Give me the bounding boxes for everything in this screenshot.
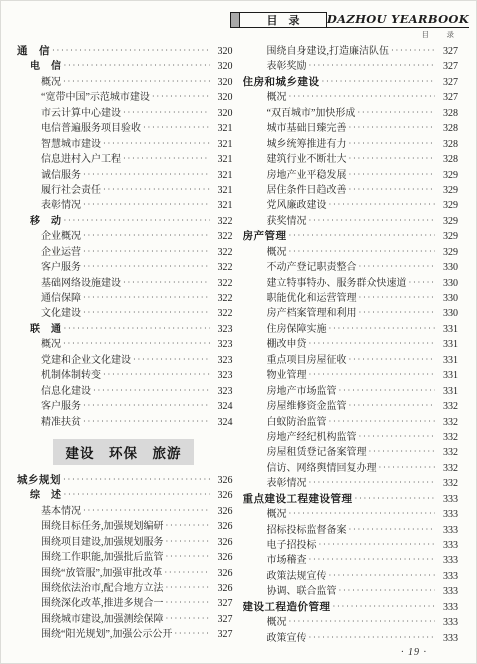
toc-entry-page: 326: [212, 581, 233, 596]
toc-entry-label: 文化建设: [41, 306, 81, 321]
toc-entry-page: 328: [437, 106, 458, 121]
toc-entry-page: 331: [437, 384, 458, 399]
toc-entry-page: 328: [437, 121, 458, 136]
toc-entry-page: 321: [212, 168, 233, 183]
toc-entry-label: 围绕工作职能,加强批后监管: [41, 550, 164, 565]
dot-leader: [164, 565, 209, 580]
dot-leader: [103, 136, 210, 151]
toc-entry-label: 建立特事特办、服务群众快速道: [267, 276, 407, 291]
toc-entry-page: 322: [212, 229, 233, 244]
dot-leader: [355, 491, 436, 506]
toc-entry-label: 诚信服务: [41, 168, 81, 183]
toc-entry[interactable]: 市云计算中心建设320: [17, 106, 233, 121]
toc-entry[interactable]: 客户服务324: [17, 399, 233, 414]
toc-entry-page: 332: [437, 430, 458, 445]
dot-leader: [143, 120, 210, 135]
dot-leader: [391, 43, 435, 58]
dot-leader: [83, 197, 210, 212]
toc-entry-label: 城市基础日臻完善: [267, 121, 347, 136]
toc-entry-page: 323: [212, 353, 233, 368]
toc-entry-label: 精准扶贫: [41, 415, 81, 430]
toc-entry[interactable]: 基本情况326: [17, 504, 233, 519]
toc-entry[interactable]: 城市基础日臻完善328: [243, 121, 459, 136]
dot-leader: [333, 599, 436, 614]
dot-leader: [309, 475, 436, 490]
toc-entry[interactable]: 党风廉政建设329: [243, 198, 459, 213]
running-head: 目 录: [422, 29, 460, 40]
toc-entry[interactable]: 职能优化和运营管理330: [243, 291, 459, 306]
toc-entry[interactable]: 围绕深化改革,推进多规合一327: [17, 596, 233, 611]
dot-leader: [83, 305, 210, 320]
toc-tab-label: 目 录: [267, 12, 300, 28]
toc-entry[interactable]: 招标投标监督备案333: [243, 523, 459, 538]
dot-leader: [349, 120, 436, 135]
dot-leader: [309, 336, 436, 351]
toc-entry[interactable]: “宽带中国”示范城市建设320: [17, 90, 233, 105]
toc-tab: 目 录: [240, 12, 327, 27]
toc-entry-label: 白蚁防治监管: [267, 415, 327, 430]
toc-entry[interactable]: 概况327: [243, 90, 459, 105]
toc-entry[interactable]: 围绕项目建设,加强规划服务326: [17, 535, 233, 550]
toc-entry[interactable]: 机制体制转变323: [17, 368, 233, 383]
toc-entry-label: 围绕依法治市,配合地方立法: [41, 581, 164, 596]
toc-entry-page: 326: [212, 519, 233, 534]
toc-entry-label: 围绕深化改革,推进多规合一: [41, 596, 164, 611]
toc-entry-page: 333: [437, 600, 458, 615]
toc-entry[interactable]: 电子招投标333: [243, 538, 459, 553]
toc-entry[interactable]: 重点建设工程建设管理333: [243, 492, 459, 507]
dot-leader: [322, 74, 436, 89]
toc-entry[interactable]: 文化建设322: [17, 306, 233, 321]
toc-entry[interactable]: 房屋维修资金监管332: [243, 399, 459, 414]
toc-entry-page: 326: [212, 504, 233, 519]
toc-entry-page: 326: [212, 473, 233, 488]
toc-entry-page: 321: [212, 152, 233, 167]
dot-leader: [309, 213, 436, 228]
toc-entry-label: 城乡统筹推进有力: [267, 137, 347, 152]
toc-entry-page: 320: [212, 59, 233, 74]
toc-entry-page: 329: [437, 229, 458, 244]
toc-entry-label: “双百城市”加快形成: [267, 106, 356, 121]
toc-entry-label: 履行社会责任: [41, 183, 101, 198]
toc-entry-label: 房地产市场监管: [267, 384, 337, 399]
dot-leader: [83, 290, 210, 305]
toc-entry-label: 围绕城市建设,加强测绘保障: [41, 612, 164, 627]
toc-entry-label: 建筑行业不断壮大: [267, 152, 347, 167]
dot-leader: [103, 367, 210, 382]
toc-body: 通 信320电 信320概况320“宽带中国”示范城市建设320市云计算中心建设…: [17, 44, 458, 646]
toc-entry-label: 围绕项目建设,加强规划服务: [41, 535, 164, 550]
dot-leader: [52, 43, 210, 58]
toc-entry-page: 321: [212, 137, 233, 152]
toc-entry-page: 333: [437, 631, 458, 646]
toc-entry-page: 321: [212, 183, 233, 198]
dot-leader: [83, 398, 210, 413]
toc-entry-page: 324: [212, 415, 233, 430]
toc-entry-label: 客户服务: [41, 260, 81, 275]
toc-entry-page: 322: [212, 260, 233, 275]
dot-leader: [166, 580, 210, 595]
toc-entry-page: 320: [212, 44, 233, 59]
dot-leader: [349, 167, 436, 182]
dot-leader: [166, 595, 210, 610]
yearbook-brand: DAZHOU YEARBOOK: [327, 12, 469, 27]
dot-leader: [123, 105, 210, 120]
toc-entry-page: 320: [212, 75, 233, 90]
dot-leader: [63, 472, 210, 487]
toc-entry-label: 房产档案管理和利用: [267, 306, 357, 321]
toc-entry-page: 322: [212, 276, 233, 291]
toc-entry[interactable]: 电 信320: [17, 59, 233, 74]
toc-entry-label: 概况: [41, 75, 61, 90]
toc-entry-page: 327: [437, 59, 458, 74]
toc-entry-label: 表彰情况: [41, 198, 81, 213]
toc-entry-page: 330: [437, 276, 458, 291]
dot-leader: [83, 244, 210, 259]
dot-leader: [93, 383, 210, 398]
toc-entry-page: 322: [212, 214, 233, 229]
toc-entry[interactable]: 通 信320: [17, 44, 233, 59]
toc-entry[interactable]: 政策宣传333: [243, 631, 459, 646]
toc-entry[interactable]: 围绕目标任务,加强规划编研326: [17, 519, 233, 534]
toc-entry[interactable]: “双百城市”加快形成328: [243, 106, 459, 121]
dot-leader: [349, 136, 436, 151]
toc-entry-page: 332: [437, 445, 458, 460]
dot-leader: [349, 522, 436, 537]
toc-entry[interactable]: 围绕自身建设,打造廉洁队伍327: [243, 44, 459, 59]
toc-entry-page: 329: [437, 245, 458, 260]
toc-entry-page: 329: [437, 183, 458, 198]
toc-entry-label: 党风廉政建设: [267, 198, 327, 213]
dot-leader: [309, 367, 436, 382]
dot-leader: [289, 614, 436, 629]
toc-entry-page: 327: [437, 75, 458, 90]
toc-entry[interactable]: 概况323: [17, 337, 233, 352]
toc-entry[interactable]: 协调、联合监管333: [243, 584, 459, 599]
toc-entry-label: 电 信: [30, 59, 62, 74]
dot-leader: [359, 290, 436, 305]
toc-entry-label: 党建和企业文化建设: [41, 353, 131, 368]
dot-leader: [166, 518, 210, 533]
toc-entry-label: 房地产业平稳发展: [267, 168, 347, 183]
toc-entry[interactable]: 政策法规宣传333: [243, 569, 459, 584]
toc-entry-page: 329: [437, 168, 458, 183]
dot-leader: [329, 568, 436, 583]
toc-entry-label: 客户服务: [41, 399, 81, 414]
toc-entry-label: 房屋维修资金监管: [267, 399, 347, 414]
toc-entry[interactable]: 棚改申贷331: [243, 337, 459, 352]
toc-entry[interactable]: 建立特事特办、服务群众快速道330: [243, 276, 459, 291]
toc-entry[interactable]: 概况333: [243, 615, 459, 630]
toc-entry-page: 326: [212, 566, 233, 581]
dot-leader: [64, 58, 210, 73]
toc-page: 目 录 DAZHOU YEARBOOK 目 录 通 信320电 信320概况32…: [0, 0, 477, 664]
toc-entry-page: 322: [212, 291, 233, 306]
toc-entry-label: 围绕目标任务,加强规划编研: [41, 519, 164, 534]
toc-entry-label: 基础网络设施建设: [41, 276, 121, 291]
toc-entry[interactable]: 基础网络设施建设322: [17, 276, 233, 291]
toc-entry[interactable]: 移 动322: [17, 214, 233, 229]
toc-entry-label: 重点建设工程建设管理: [243, 492, 353, 507]
toc-entry-page: 321: [212, 198, 233, 213]
toc-entry[interactable]: 城乡统筹推进有力328: [243, 137, 459, 152]
toc-entry-page: 323: [212, 337, 233, 352]
toc-entry-label: 政策法规宣传: [267, 569, 327, 584]
dot-leader: [174, 626, 209, 641]
dot-leader: [152, 89, 210, 104]
toc-entry-page: 326: [212, 550, 233, 565]
toc-entry-page: 320: [212, 106, 233, 121]
toc-entry-label: 市云计算中心建设: [41, 106, 121, 121]
dot-leader: [83, 228, 210, 243]
dot-leader: [64, 213, 210, 228]
dot-leader: [339, 383, 436, 398]
toc-entry[interactable]: 概况333: [243, 507, 459, 522]
toc-entry-page: 333: [437, 538, 458, 553]
toc-entry-label: 市场稽查: [267, 553, 307, 568]
toc-entry-label: 智慧城市建设: [41, 137, 101, 152]
dot-leader: [349, 352, 436, 367]
toc-entry[interactable]: 住房和城乡建设327: [243, 75, 459, 90]
dot-leader: [309, 58, 436, 73]
toc-entry-label: 协调、联合监管: [267, 584, 337, 599]
toc-entry-label: 城乡规划: [17, 473, 61, 488]
toc-entry[interactable]: 房产管理329: [243, 229, 459, 244]
toc-entry-label: 机制体制转变: [41, 368, 101, 383]
toc-entry-label: 招标投标监督备案: [267, 523, 347, 538]
dot-leader: [349, 182, 436, 197]
toc-entry[interactable]: 获奖情况329: [243, 214, 459, 229]
section-divider: 建设 环保 旅游: [53, 439, 194, 465]
toc-entry[interactable]: 表彰奖励327: [243, 59, 459, 74]
dot-leader: [329, 197, 436, 212]
toc-entry-label: 通 信: [17, 44, 50, 59]
toc-entry-page: 322: [212, 245, 233, 260]
dot-leader: [309, 630, 436, 645]
toc-entry-label: 房屋租赁登记备案管理: [267, 445, 367, 460]
dot-leader: [409, 275, 436, 290]
toc-entry-label: 职能优化和运营管理: [267, 291, 357, 306]
header-tab-marker-icon: [230, 12, 240, 27]
toc-entry[interactable]: 概况320: [17, 75, 233, 90]
toc-entry-label: 移 动: [30, 214, 62, 229]
toc-entry-label: 重点项目房屋征收: [267, 353, 347, 368]
toc-entry[interactable]: 综 述326: [17, 488, 233, 503]
toc-entry[interactable]: 履行社会责任321: [17, 183, 233, 198]
toc-entry[interactable]: 城乡规划326: [17, 473, 233, 488]
toc-entry-label: 获奖情况: [267, 214, 307, 229]
toc-entry-label: 企业运营: [41, 245, 81, 260]
toc-entry-page: 327: [437, 90, 458, 105]
toc-entry-page: 322: [212, 306, 233, 321]
dot-leader: [339, 583, 436, 598]
dot-leader: [63, 336, 210, 351]
toc-entry-page: 323: [212, 384, 233, 399]
dot-leader: [309, 552, 436, 567]
page-header: 目 录 DAZHOU YEARBOOK: [230, 12, 469, 28]
toc-entry-page: 323: [212, 368, 233, 383]
toc-entry-page: 333: [437, 523, 458, 538]
toc-entry[interactable]: 联 通323: [17, 322, 233, 337]
toc-entry-page: 329: [437, 198, 458, 213]
toc-entry[interactable]: 房地产业平稳发展329: [243, 168, 459, 183]
toc-entry[interactable]: 居住条件日趋改善329: [243, 183, 459, 198]
toc-entry-label: 概况: [267, 245, 287, 260]
toc-entry-label: 概况: [41, 337, 61, 352]
dot-leader: [64, 487, 210, 502]
toc-entry-label: 信访、网络舆情回复办理: [267, 461, 377, 476]
toc-entry[interactable]: 通信保障322: [17, 291, 233, 306]
toc-column-right: 围绕自身建设,打造廉洁队伍327表彰奖励327住房和城乡建设327概况327“双…: [243, 44, 459, 646]
toc-entry-page: 333: [437, 584, 458, 599]
toc-entry-page: 330: [437, 260, 458, 275]
toc-entry-page: 328: [437, 137, 458, 152]
toc-entry-page: 332: [437, 399, 458, 414]
dot-leader: [349, 151, 436, 166]
dot-leader: [166, 534, 210, 549]
toc-entry-label: 信息化建设: [41, 384, 91, 399]
toc-entry-page: 328: [437, 152, 458, 167]
toc-entry-page: 326: [212, 488, 233, 503]
toc-entry[interactable]: 客户服务322: [17, 260, 233, 275]
toc-entry-label: 概况: [267, 507, 287, 522]
toc-entry-label: 房地产经纪机构监管: [267, 430, 357, 445]
toc-entry-label: 概况: [267, 90, 287, 105]
toc-entry[interactable]: 电信普遍服务项目验收321: [17, 121, 233, 136]
toc-entry-label: 住房保障实施: [267, 322, 327, 337]
toc-entry[interactable]: 表彰情况321: [17, 198, 233, 213]
dot-leader: [63, 74, 210, 89]
toc-entry-label: 政策宣传: [267, 631, 307, 646]
toc-entry[interactable]: 信息进村入户工程321: [17, 152, 233, 167]
toc-entry-label: 围绕“放管服”,加强审批改革: [41, 566, 162, 581]
toc-entry[interactable]: 房屋租赁登记备案管理332: [243, 445, 459, 460]
toc-entry[interactable]: 企业运营322: [17, 245, 233, 260]
toc-entry[interactable]: 诚信服务321: [17, 168, 233, 183]
page-number: · 19 ·: [401, 647, 427, 658]
dot-leader: [103, 182, 210, 197]
dot-leader: [379, 460, 436, 475]
toc-entry[interactable]: 信息化建设323: [17, 384, 233, 399]
toc-entry-page: 332: [437, 415, 458, 430]
toc-entry[interactable]: 表彰情况332: [243, 476, 459, 491]
toc-entry-page: 320: [212, 90, 233, 105]
toc-entry[interactable]: 建筑行业不断壮大328: [243, 152, 459, 167]
toc-entry-page: 332: [437, 476, 458, 491]
toc-entry-page: 330: [437, 306, 458, 321]
toc-entry-label: 电子招投标: [267, 538, 317, 553]
toc-entry[interactable]: 不动产登记职责整合330: [243, 260, 459, 275]
toc-entry-page: 327: [212, 612, 233, 627]
toc-entry-page: 327: [437, 44, 458, 59]
toc-entry-page: 324: [212, 399, 233, 414]
toc-entry[interactable]: 围绕依法治市,配合地方立法326: [17, 581, 233, 596]
dot-leader: [83, 503, 210, 518]
toc-entry-label: 房产管理: [243, 229, 287, 244]
toc-entry-label: 建设工程造价管理: [243, 600, 331, 615]
toc-entry[interactable]: 围绕“放管服”,加强审批改革326: [17, 566, 233, 581]
toc-entry[interactable]: 精准扶贫324: [17, 415, 233, 430]
dot-leader: [166, 549, 210, 564]
dot-leader: [166, 611, 210, 626]
toc-entry-label: 概况: [267, 615, 287, 630]
toc-entry-page: 333: [437, 615, 458, 630]
toc-entry-page: 331: [437, 337, 458, 352]
toc-entry[interactable]: 建设工程造价管理333: [243, 600, 459, 615]
dot-leader: [359, 305, 436, 320]
dot-leader: [83, 259, 210, 274]
toc-entry[interactable]: 企业概况322: [17, 229, 233, 244]
toc-entry-label: 联 通: [30, 322, 62, 337]
dot-leader: [123, 151, 210, 166]
toc-entry-label: 物业管理: [267, 368, 307, 383]
toc-entry[interactable]: 党建和企业文化建设323: [17, 353, 233, 368]
toc-entry-page: 326: [212, 535, 233, 550]
toc-entry[interactable]: 住房保障实施331: [243, 322, 459, 337]
dot-leader: [359, 429, 436, 444]
toc-entry-label: 表彰情况: [267, 476, 307, 491]
toc-entry-page: 332: [437, 461, 458, 476]
toc-entry-label: 信息进村入户工程: [41, 152, 121, 167]
dot-leader: [349, 398, 436, 413]
toc-entry-page: 333: [437, 553, 458, 568]
dot-leader: [83, 414, 210, 429]
toc-entry-page: 333: [437, 492, 458, 507]
toc-entry-label: 棚改申贷: [267, 337, 307, 352]
toc-entry-label: 企业概况: [41, 229, 81, 244]
toc-entry-label: 住房和城乡建设: [243, 75, 320, 90]
toc-entry-page: 327: [212, 596, 233, 611]
dot-leader: [289, 89, 436, 104]
toc-entry-label: 电信普遍服务项目验收: [41, 121, 141, 136]
toc-entry[interactable]: 信访、网络舆情回复办理332: [243, 461, 459, 476]
toc-entry-label: 围绕“阳光规划”,加强公示公开: [41, 627, 172, 642]
dot-leader: [289, 506, 436, 521]
toc-entry[interactable]: 房地产经纪机构监管332: [243, 430, 459, 445]
toc-entry[interactable]: 房产档案管理和利用330: [243, 306, 459, 321]
toc-entry[interactable]: 围绕“阳光规划”,加强公示公开327: [17, 627, 233, 642]
toc-entry[interactable]: 重点项目房屋征收331: [243, 353, 459, 368]
dot-leader: [319, 537, 436, 552]
toc-entry[interactable]: 概况329: [243, 245, 459, 260]
toc-entry-label: 不动产登记职责整合: [267, 260, 357, 275]
toc-entry-page: 327: [212, 627, 233, 642]
toc-column-left: 通 信320电 信320概况320“宽带中国”示范城市建设320市云计算中心建设…: [17, 44, 233, 646]
dot-leader: [357, 105, 435, 120]
dot-leader: [289, 228, 436, 243]
toc-entry-page: 323: [212, 322, 233, 337]
toc-entry-label: 围绕自身建设,打造廉洁队伍: [267, 44, 390, 59]
toc-entry[interactable]: 围绕工作职能,加强批后监管326: [17, 550, 233, 565]
toc-entry-page: 329: [437, 214, 458, 229]
toc-entry[interactable]: 房地产市场监管331: [243, 384, 459, 399]
toc-entry-label: 居住条件日趋改善: [267, 183, 347, 198]
toc-entry-page: 331: [437, 368, 458, 383]
toc-entry-label: 综 述: [30, 488, 62, 503]
toc-entry-page: 321: [212, 121, 233, 136]
dot-leader: [359, 259, 436, 274]
toc-entry-label: 基本情况: [41, 504, 81, 519]
toc-entry[interactable]: 市场稽查333: [243, 553, 459, 568]
toc-entry[interactable]: 智慧城市建设321: [17, 137, 233, 152]
dot-leader: [133, 352, 210, 367]
toc-entry[interactable]: 物业管理331: [243, 368, 459, 383]
toc-entry[interactable]: 白蚁防治监管332: [243, 415, 459, 430]
dot-leader: [64, 321, 210, 336]
dot-leader: [369, 444, 436, 459]
toc-entry[interactable]: 围绕城市建设,加强测绘保障327: [17, 612, 233, 627]
dot-leader: [123, 275, 210, 290]
